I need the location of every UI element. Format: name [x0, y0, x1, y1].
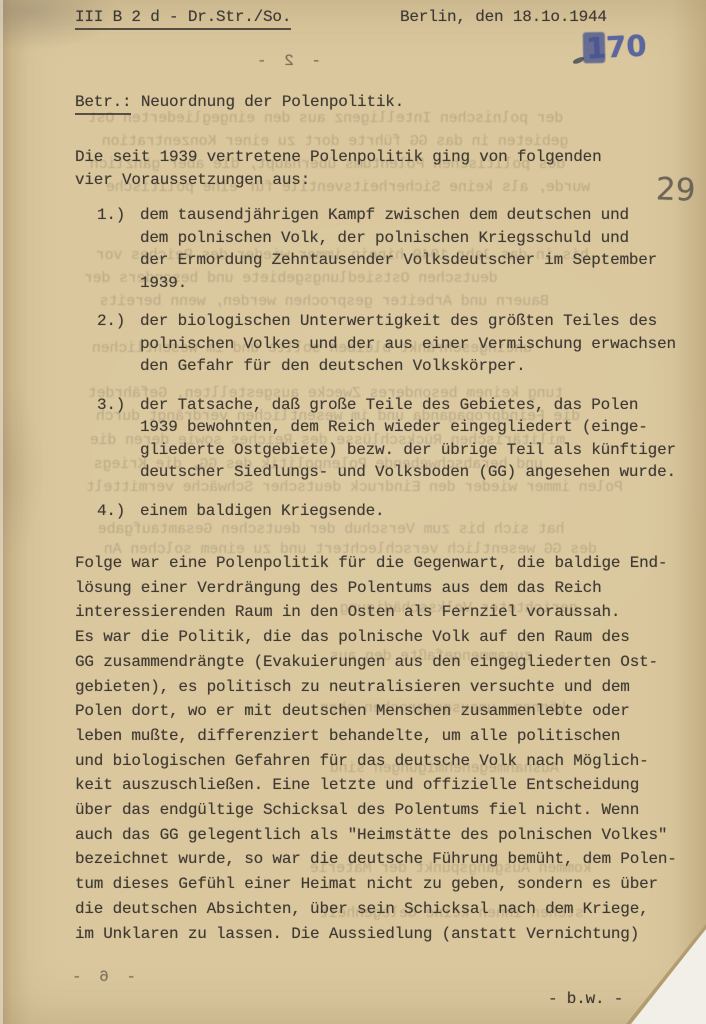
document-page: { "page": { "ref": "III B 2 d - Dr.Str./…: [0, 0, 706, 1024]
list-item: 2.) der biologischen Unterwertigkeit des…: [97, 310, 692, 378]
list-item-number: 2.): [97, 310, 140, 378]
list-item: 3.) der Tatsache, daß große Teile des Ge…: [97, 394, 692, 484]
list-item-text: der biologischen Unterwertigkeit des grö…: [140, 310, 692, 378]
paper-left-edge: [0, 0, 3, 1024]
corner-cut: [631, 929, 706, 1024]
bleedthrough-page-number-bottom: - 6 -: [68, 968, 136, 986]
bleedthrough-page-number-top: - 2 -: [253, 52, 321, 70]
body-paragraph: Folge war eine Polenpolitik für die Gege…: [75, 551, 700, 946]
subject-text: Neuordnung der Polenpolitik.: [131, 93, 404, 111]
list-item-text: der Tatsache, daß große Teile des Gebiet…: [140, 394, 692, 484]
list-item: 4.) einem baldigen Kriegsende.: [97, 500, 692, 523]
list-item-number: 3.): [97, 394, 140, 484]
turn-over-note: - b.w. -: [548, 990, 623, 1008]
page-number-stamp: 170: [585, 28, 647, 65]
list-item-text: dem tausendjährigen Kampf zwischen dem d…: [140, 204, 692, 294]
dateline: Berlin, den 18.1o.1944: [400, 8, 607, 26]
list-item-text: einem baldigen Kriegsende.: [140, 500, 692, 523]
numbered-list: 1.) dem tausendjährigen Kampf zwischen d…: [97, 204, 692, 538]
intro-paragraph: Die seit 1939 vertretene Polenpolitik gi…: [75, 146, 675, 191]
list-item-number: 1.): [97, 204, 140, 294]
list-item-number: 4.): [97, 500, 140, 523]
reference-number: III B 2 d - Dr.Str./So.: [75, 8, 291, 30]
subject-label: Betr.:: [75, 93, 131, 115]
list-item: 1.) dem tausendjährigen Kampf zwischen d…: [97, 204, 692, 294]
ink-blot: [583, 32, 606, 63]
subject-line: Betr.: Neuordnung der Polenpolitik.: [75, 93, 404, 111]
